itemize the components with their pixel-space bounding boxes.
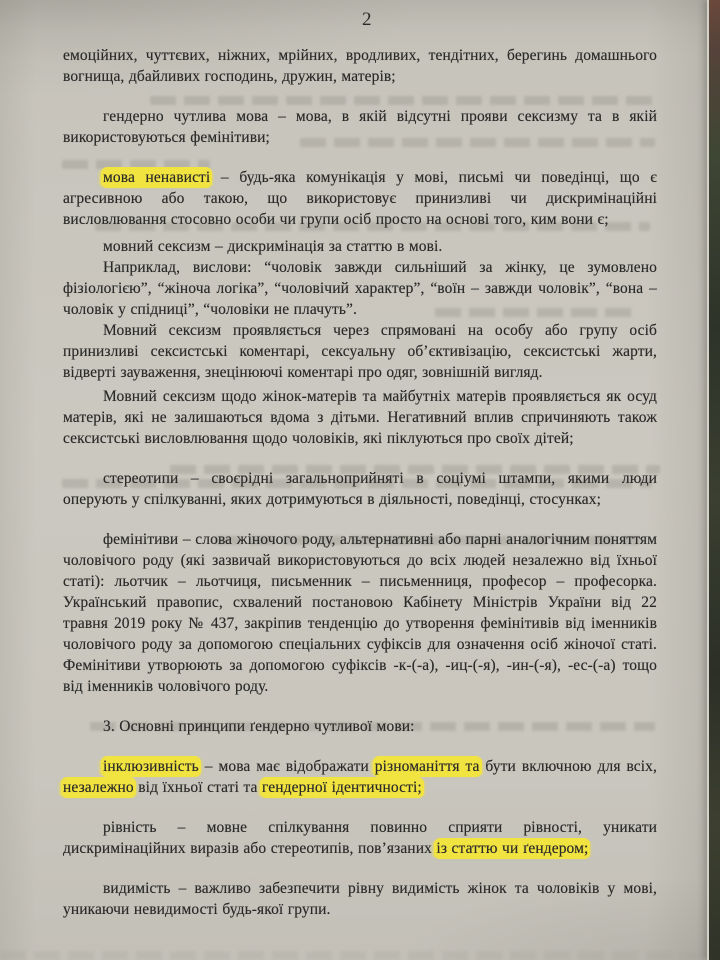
paragraph-inclusivity-def: інклюзивність – мова має відображати різ… (63, 756, 657, 798)
text-segment: видимість – важливо забезпечити рівну ви… (63, 880, 657, 918)
highlighted-text: гендерної ідентичності; (262, 779, 422, 796)
paragraph-stereotypes-def: стереотипи – своєрідні загальноприйняті … (63, 468, 657, 510)
text-segment: – мова має відображати (199, 758, 375, 775)
highlighted-text: незалежно (63, 779, 134, 796)
text-segment: стереотипи – своєрідні загальноприйняті … (63, 470, 657, 508)
paragraph-linguistic-sexism-def: мовний сексизм – дискримінація за статтю… (63, 236, 657, 257)
highlighted-text: різноманіття та (375, 758, 480, 775)
paragraph-continuation: емоційних, чуттєвих, ніжних, мрійних, вр… (63, 45, 657, 87)
text-segment: емоційних, чуттєвих, ніжних, мрійних, вр… (63, 47, 657, 85)
paragraph-feminitives-def: фемінітиви – слова жіночого роду, альтер… (63, 529, 657, 697)
text-segment: бути включною для всіх, (480, 758, 657, 775)
paragraph-section-3-heading: 3. Основні принципи ґендерно чутливої мо… (63, 716, 657, 737)
paragraph-gender-sensitive-language-def: гендерно чутлива мова – мова, в якій від… (63, 106, 657, 148)
paragraph-hate-speech-def: мова ненависті – будь-яка комунікація у … (63, 167, 657, 230)
paragraph-equality-def: рівність – мовне спілкування повинно спр… (63, 817, 657, 859)
highlighted-text: інклюзивність (103, 758, 199, 775)
text-segment: від їхньої статі та (134, 779, 262, 796)
text-segment: Мовний сексизм щодо жінок-матерів та май… (63, 388, 657, 447)
paragraph-sexism-mothers: Мовний сексизм щодо жінок-матерів та май… (63, 386, 657, 449)
scan-background-edge (707, 0, 720, 960)
text-segment: гендерно чутлива мова – мова, в якій від… (63, 108, 657, 146)
paragraph-sexism-examples: Наприклад, вислови: “чоловік завжди силь… (63, 257, 657, 320)
highlighted-text: із статтю чи ґендером; (436, 840, 588, 857)
text-segment: фемінітиви – слова жіночого роду, альтер… (63, 531, 657, 695)
text-segment: 3. Основні принципи ґендерно чутливої мо… (103, 718, 415, 735)
scanned-document-page: 2 емоційних, чуттєвих, ніжних, мрійних, … (0, 0, 720, 960)
text-segment: Мовний сексизм проявляється через спрямо… (63, 322, 657, 381)
paragraph-visibility-def: видимість – важливо забезпечити рівну ви… (63, 878, 657, 920)
text-segment: Наприклад, вислови: “чоловік завжди силь… (63, 259, 657, 318)
document-body: емоційних, чуттєвих, ніжних, мрійних, вр… (0, 0, 709, 960)
highlighted-text: мова ненависті (103, 169, 210, 186)
text-segment: мовний сексизм – дискримінація за статтю… (103, 238, 442, 255)
paragraph-sexism-manifestation: Мовний сексизм проявляється через спрямо… (63, 320, 657, 383)
